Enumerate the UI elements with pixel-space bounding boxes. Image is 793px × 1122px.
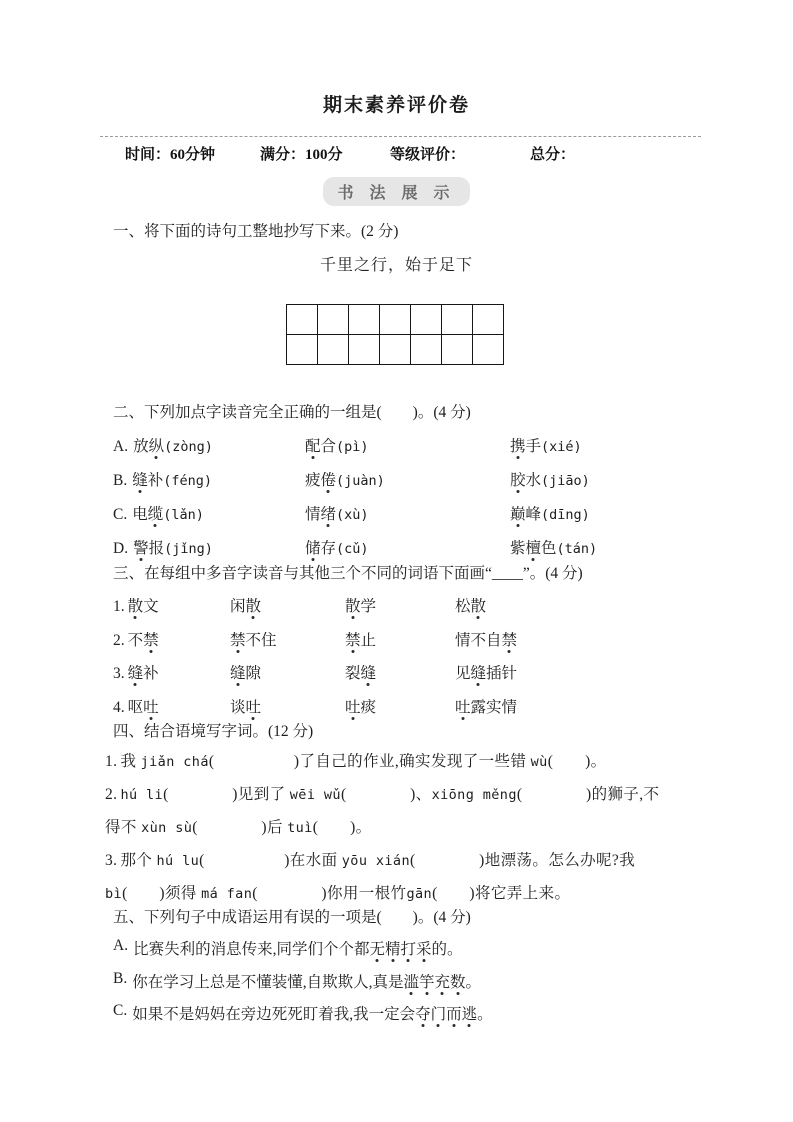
- pinyin-text: gān: [406, 886, 432, 902]
- option-label: B.: [113, 472, 127, 489]
- pinyin-text: (jǐng): [164, 541, 213, 557]
- emphasis-char: 情: [502, 695, 518, 717]
- emphasis-char: 放: [133, 434, 149, 456]
- context-writing-line: 1.我 jiǎn chá( )了自己的作业,确实发现了一些错 wù( )。: [105, 749, 720, 771]
- pinyin-text: (xié): [541, 439, 582, 455]
- emphasis-char: 松: [455, 594, 471, 616]
- emphasis-char: 缝: [471, 661, 487, 683]
- emphasis-char: 止: [361, 628, 377, 650]
- emphasis-char: 充: [435, 970, 451, 992]
- polyphone-word: 情不自禁: [455, 628, 517, 650]
- polyphone-word: 缝隙: [230, 661, 345, 683]
- emphasis-char: 散: [345, 594, 361, 616]
- context-writing-line: 3.那个 hú lu( )在水面 yōu xián( )地漂荡。怎么办呢?我: [105, 848, 720, 870]
- emphasis-char: 峰: [526, 502, 542, 524]
- polyphone-word: 松散: [455, 594, 486, 616]
- total-score-label: 总分：: [530, 143, 575, 164]
- emphasis-char: 闲: [230, 594, 246, 616]
- pinyin-text: wēi wǔ: [290, 787, 341, 803]
- emphasis-char: 电: [132, 502, 148, 524]
- item-number: 3.: [105, 852, 117, 869]
- copy-grid-cell: [473, 305, 504, 335]
- emphasis-char: 精: [385, 937, 401, 959]
- emphasis-char: 学: [361, 594, 377, 616]
- pinyin-choice-row: A.放纵(zòng)配合(pì)携手(xié): [113, 434, 713, 456]
- emphasis-char: 紫: [510, 536, 526, 558]
- emphasis-char: 谈: [230, 695, 246, 717]
- emphasis-char: 裂: [345, 661, 361, 683]
- emphasis-char: 配: [305, 434, 321, 456]
- emphasis-char: 见: [455, 661, 471, 683]
- row-number: 1.: [113, 598, 125, 615]
- copy-grid-row: [287, 335, 504, 365]
- pinyin-text: wù: [531, 754, 548, 770]
- idiom-dotted: 无精打采: [369, 937, 431, 959]
- emphasis-char: 警: [133, 536, 149, 558]
- copy-grid-cell: [318, 305, 349, 335]
- emphasis-char: 纵: [149, 434, 165, 456]
- emphasis-char: 情: [305, 502, 321, 524]
- calligraphy-banner-wrap: 书 法 展 示: [0, 177, 793, 206]
- emphasis-char: 吐: [143, 695, 159, 717]
- idiom-option-row: A.比赛失利的消息传来,同学们个个都无精打采的。: [113, 937, 713, 959]
- pinyin-text: má fan: [201, 886, 252, 902]
- emphasis-char: 缆: [148, 502, 164, 524]
- polyphone-row: 2.不禁禁不住禁止情不自禁: [113, 628, 713, 650]
- word-with-pinyin: C.电缆(lǎn): [113, 502, 305, 524]
- emphasis-char: 散: [246, 594, 262, 616]
- polyphone-word: 谈吐: [230, 695, 345, 717]
- section1-heading: 一、将下面的诗句工整地抄写下来。(2 分): [113, 219, 398, 241]
- emphasis-char: 存: [321, 536, 337, 558]
- emphasis-char: 情: [455, 628, 471, 650]
- pinyin-text: (dīng): [541, 507, 590, 523]
- row-number: 2.: [113, 632, 125, 649]
- emphasis-char: 巅: [510, 502, 526, 524]
- polyphone-row: 4.呕吐谈吐吐痰吐露实情: [113, 695, 713, 717]
- emphasis-char: 疲: [305, 468, 321, 490]
- row-number: 4.: [113, 699, 125, 716]
- pinyin-text: (tán): [557, 541, 598, 557]
- emphasis-char: 门: [431, 1002, 447, 1024]
- polyphone-word: 闲散: [230, 594, 345, 616]
- section2-heading: 二、下列加点字读音完全正确的一组是( )。(4 分): [113, 400, 471, 422]
- pinyin-text: hú li: [120, 787, 163, 803]
- idiom-option-row: C.如果不是妈妈在旁边死死盯着我,我一定会夺门而逃。: [113, 1002, 713, 1024]
- emphasis-char: 檀: [526, 536, 542, 558]
- copy-grid-cell: [380, 335, 411, 365]
- item-number: 2.: [105, 786, 117, 803]
- time-label: 时间：60分钟: [125, 143, 260, 164]
- copy-grid-cell: [349, 335, 380, 365]
- grade-eval-label: 等级评价：: [390, 143, 530, 164]
- copy-grid-cell: [411, 305, 442, 335]
- pinyin-text: hú lu: [157, 853, 200, 869]
- polyphone-word: 散学: [345, 594, 455, 616]
- word-with-pinyin: 配合(pì): [305, 434, 510, 456]
- word-with-pinyin: A.放纵(zòng): [113, 434, 305, 456]
- word-with-pinyin: 胶水(jiāo): [510, 468, 590, 490]
- emphasis-char: 报: [149, 536, 165, 558]
- polyphone-row: 3.缝补缝隙裂缝见缝插针: [113, 661, 713, 683]
- word-with-pinyin: D.警报(jǐng): [113, 536, 305, 558]
- emphasis-char: 竽: [419, 970, 435, 992]
- emphasis-char: 手: [526, 434, 542, 456]
- pinyin-text: (juàn): [336, 473, 385, 489]
- polyphone-word: 见缝插针: [455, 661, 517, 683]
- emphasis-char: 禁: [230, 628, 246, 650]
- pinyin-choice-row: D.警报(jǐng)储存(cǔ)紫檀色(tán): [113, 536, 713, 558]
- emphasis-char: 露: [471, 695, 487, 717]
- polyphone-word: 3.缝补: [113, 661, 230, 683]
- emphasis-char: 数: [450, 970, 466, 992]
- emphasis-char: 住: [261, 628, 277, 650]
- dashed-divider: [100, 136, 701, 137]
- item-number: 1.: [105, 753, 117, 770]
- copy-grid-cell: [411, 335, 442, 365]
- emphasis-char: 色: [541, 536, 557, 558]
- emphasis-char: 文: [143, 594, 159, 616]
- option-label: A.: [113, 438, 128, 455]
- word-with-pinyin: 疲倦(juàn): [305, 468, 510, 490]
- emphasis-char: 禁: [502, 628, 518, 650]
- pinyin-text: (zòng): [164, 439, 213, 455]
- pinyin-text: (jiāo): [541, 473, 590, 489]
- emphasis-char: 自: [486, 628, 502, 650]
- context-writing-line: bì( )须得 má fan( )你用一根竹gān( )将它弄上来。: [105, 881, 720, 903]
- option-label: C.: [113, 506, 127, 523]
- emphasis-char: 禁: [143, 628, 159, 650]
- row-number: 3.: [113, 665, 125, 682]
- emphasis-char: 缝: [128, 661, 144, 683]
- word-with-pinyin: 储存(cǔ): [305, 536, 510, 558]
- pinyin-text: (féng): [163, 473, 212, 489]
- context-writing-line: 得不 xùn sù( )后 tuì( )。: [105, 815, 720, 837]
- polyphone-word: 2.不禁: [113, 628, 230, 650]
- polyphone-word: 吐痰: [345, 695, 455, 717]
- pinyin-text: (pì): [336, 439, 369, 455]
- emphasis-char: 无: [369, 937, 385, 959]
- emphasis-char: 逃: [462, 1002, 478, 1024]
- emphasis-char: 插: [486, 661, 502, 683]
- emphasis-char: 不: [128, 628, 144, 650]
- polyphone-word: 禁止: [345, 628, 455, 650]
- emphasis-char: 散: [471, 594, 487, 616]
- emphasis-char: 痰: [361, 695, 377, 717]
- emphasis-char: 缝: [132, 468, 148, 490]
- option-label: B.: [113, 970, 127, 992]
- option-label: A.: [113, 937, 128, 959]
- full-score-label: 满分：100分: [260, 143, 390, 164]
- word-with-pinyin: B.缝补(féng): [113, 468, 305, 490]
- pinyin-text: (lǎn): [163, 507, 204, 523]
- copy-grid: [286, 304, 504, 365]
- emphasis-char: 打: [401, 937, 417, 959]
- option-label: C.: [113, 1002, 127, 1024]
- emphasis-char: 吐: [246, 695, 262, 717]
- word-with-pinyin: 情绪(xù): [305, 502, 510, 524]
- emphasis-char: 隙: [246, 661, 262, 683]
- copy-grid-row: [287, 305, 504, 335]
- polyphone-word: 4.呕吐: [113, 695, 230, 717]
- pinyin-text: jiǎn chá: [141, 754, 209, 770]
- emphasis-char: 缝: [361, 661, 377, 683]
- emphasis-char: 合: [321, 434, 337, 456]
- emphasis-char: 呕: [128, 695, 144, 717]
- polyphone-word: 裂缝: [345, 661, 455, 683]
- pinyin-text: xiōng měng: [432, 787, 517, 803]
- copy-quote: 千里之行，始于足下: [0, 252, 793, 275]
- section4-heading: 四、结合语境写字词。(12 分): [113, 719, 313, 741]
- emphasis-char: 滥: [403, 970, 419, 992]
- emphasis-char: 禁: [345, 628, 361, 650]
- idiom-dotted: 滥竽充数: [403, 970, 465, 992]
- pinyin-text: xùn sù: [141, 820, 192, 836]
- pinyin-text: bì: [105, 886, 122, 902]
- section5-heading: 五、下列句子中成语运用有误的一项是( )。(4 分): [113, 905, 471, 927]
- emphasis-char: 散: [128, 594, 144, 616]
- emphasis-char: 胶: [510, 468, 526, 490]
- emphasis-char: 补: [143, 661, 159, 683]
- copy-grid-cell: [473, 335, 504, 365]
- idiom-option-row: B.你在学习上总是不懂装懂,自欺欺人,真是滥竽充数。: [113, 970, 713, 992]
- emphasis-char: 吐: [345, 695, 361, 717]
- word-with-pinyin: 紫檀色(tán): [510, 536, 597, 558]
- emphasis-char: 绪: [321, 502, 337, 524]
- idiom-dotted: 夺门而逃: [415, 1002, 477, 1024]
- page-title: 期末素养评价卷: [0, 90, 793, 117]
- pinyin-text: (cǔ): [336, 541, 369, 557]
- word-with-pinyin: 携手(xié): [510, 434, 582, 456]
- exam-info-bar: 时间：60分钟 满分：100分 等级评价： 总分：: [125, 143, 701, 164]
- copy-grid-cell: [442, 335, 473, 365]
- emphasis-char: 倦: [321, 468, 337, 490]
- calligraphy-banner: 书 法 展 示: [323, 177, 469, 206]
- context-writing-line: 2.hú li( )见到了 wēi wǔ( )、xiōng měng( )的狮子…: [105, 782, 720, 804]
- copy-grid-cell: [318, 335, 349, 365]
- emphasis-char: 携: [510, 434, 526, 456]
- pinyin-text: tuì: [287, 820, 313, 836]
- option-label: D.: [113, 540, 128, 557]
- copy-grid-cell: [349, 305, 380, 335]
- polyphone-word: 1.散文: [113, 594, 230, 616]
- pinyin-choice-row: C.电缆(lǎn)情绪(xù)巅峰(dīng): [113, 502, 713, 524]
- emphasis-char: 实: [486, 695, 502, 717]
- emphasis-char: 缝: [230, 661, 246, 683]
- pinyin-text: (xù): [336, 507, 369, 523]
- emphasis-char: 补: [148, 468, 164, 490]
- section3-heading: 三、在每组中多音字读音与其他三个不同的词语下面画“____”。(4 分): [113, 561, 583, 583]
- copy-grid-cell: [287, 335, 318, 365]
- emphasis-char: 水: [526, 468, 542, 490]
- emphasis-char: 采: [416, 937, 432, 959]
- emphasis-char: 针: [502, 661, 518, 683]
- copy-grid-cell: [287, 305, 318, 335]
- pinyin-choice-row: B.缝补(féng)疲倦(juàn)胶水(jiāo): [113, 468, 713, 490]
- emphasis-char: 储: [305, 536, 321, 558]
- emphasis-char: 不: [471, 628, 487, 650]
- emphasis-char: 吐: [455, 695, 471, 717]
- emphasis-char: 不: [246, 628, 262, 650]
- word-with-pinyin: 巅峰(dīng): [510, 502, 590, 524]
- emphasis-char: 而: [446, 1002, 462, 1024]
- polyphone-word: 吐露实情: [455, 695, 517, 717]
- copy-grid-cell: [442, 305, 473, 335]
- emphasis-char: 夺: [415, 1002, 431, 1024]
- exam-paper-page: 期末素养评价卷 时间：60分钟 满分：100分 等级评价： 总分： 书 法 展 …: [0, 0, 793, 1122]
- polyphone-row: 1.散文闲散散学松散: [113, 594, 713, 616]
- polyphone-word: 禁不住: [230, 628, 345, 650]
- pinyin-text: yōu xián: [342, 853, 410, 869]
- copy-grid-cell: [380, 305, 411, 335]
